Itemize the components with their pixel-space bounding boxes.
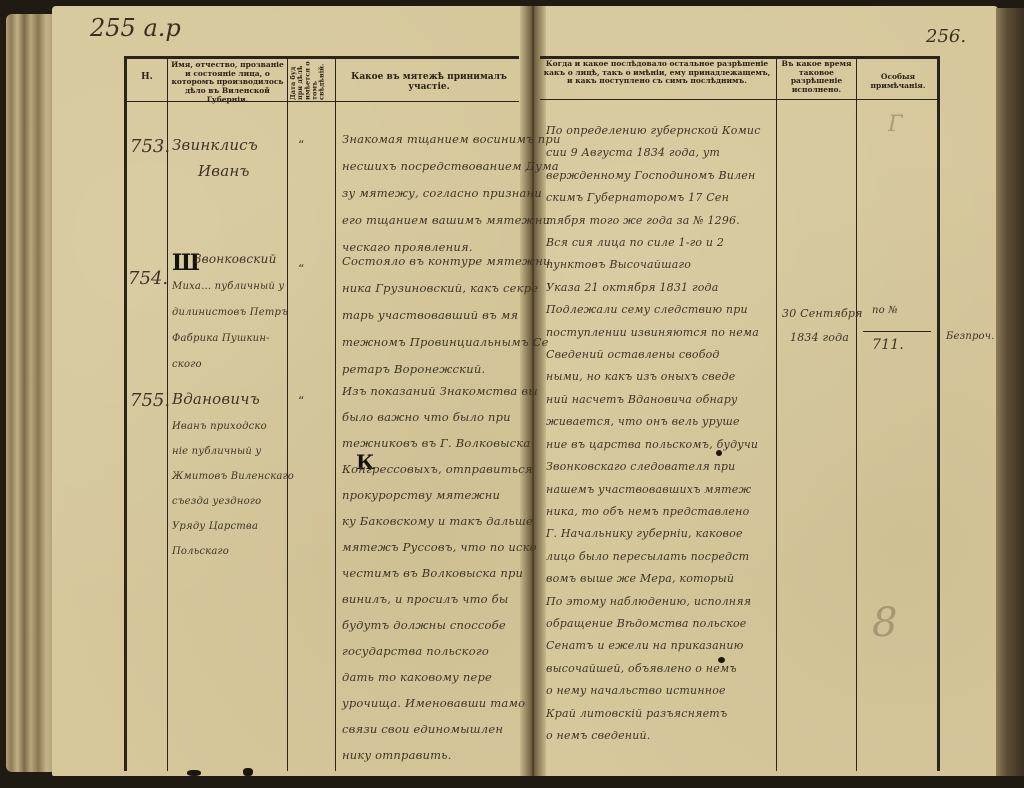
- ink-blot: [716, 450, 722, 456]
- left-page-number: 255 а.р: [90, 14, 181, 42]
- col-divider-resolution: [776, 56, 777, 771]
- header-date: Дата буд при дѣлѣ имѣется о томъ свѣдѣні…: [290, 60, 334, 100]
- ink-blot: [718, 657, 725, 663]
- ditto-mark: “: [298, 394, 304, 408]
- entry-number-754: 754.: [128, 268, 168, 289]
- entry-755-name-details: Иванъ приходско ніе публичный у Жмитовъ …: [172, 414, 294, 564]
- ledger-book-spread: 255 а.р 256. Н. Имя, отчество, прозваніе…: [0, 0, 1024, 788]
- header-remarks: Особыя примѣчанія.: [860, 73, 936, 90]
- executed-date: 30 Сентября 1834 года: [782, 302, 863, 350]
- right-page-stack-edge: [996, 8, 1024, 778]
- resolution-text: По определению губернской Комис сии 9 Ав…: [546, 120, 761, 747]
- right-page-number: 256.: [926, 26, 966, 47]
- header-name: Имя, отчество, прозваніе и состояніе лиц…: [170, 61, 285, 104]
- entry-755-participation: Изъ показаний Знакомства вы было важно ч…: [342, 378, 538, 768]
- header-resolution: Когда и какое послѣдовало остальное разр…: [540, 60, 774, 86]
- entry-753-name: Звинклисъ Иванъ: [172, 132, 258, 184]
- col-divider-number: [167, 56, 168, 771]
- header-participation: Какое въ мятежѣ принималъ участіе.: [340, 72, 518, 93]
- col-divider-executed: [856, 56, 857, 771]
- page-bottom-shadow: [0, 776, 1024, 788]
- right-header-bottom-rule: [540, 99, 940, 100]
- reference-number: 711.: [872, 336, 904, 354]
- header-number: Н.: [128, 72, 166, 82]
- reference-underline: [863, 331, 931, 332]
- left-header-top-rule: [125, 56, 519, 59]
- entry-number-755: 755.: [130, 390, 170, 411]
- faint-pencil-mark: Г: [888, 112, 903, 137]
- entry-753-participation: Знакомая тщанием восинимъ при несшихъ по…: [342, 126, 561, 261]
- faint-pencil-mark: 8: [872, 600, 897, 646]
- ditto-mark: “: [298, 262, 304, 276]
- entry-number-753: 753.: [130, 136, 170, 157]
- entry-755-name: Вдановичъ: [172, 386, 260, 412]
- ink-blot: [243, 768, 253, 776]
- col-divider-date: [335, 56, 336, 771]
- right-table-border: [937, 56, 940, 771]
- left-table-border: [124, 56, 127, 771]
- entry-754-name-details: Миха… публичный у дилинистовъ Петръ Фабр…: [172, 274, 288, 378]
- ditto-mark: “: [298, 138, 304, 152]
- entry-754-name: Звонковский: [194, 246, 277, 273]
- reference-label: по №: [872, 304, 898, 318]
- header-executed: Въ какое время таковое разрѣшеніе исполн…: [778, 60, 855, 95]
- entry-754-participation: Состояло въ контуре мятежни ника Грузино…: [342, 248, 551, 383]
- left-page-stack-edge: [6, 14, 58, 772]
- remark-text: Безпроч.: [946, 330, 995, 344]
